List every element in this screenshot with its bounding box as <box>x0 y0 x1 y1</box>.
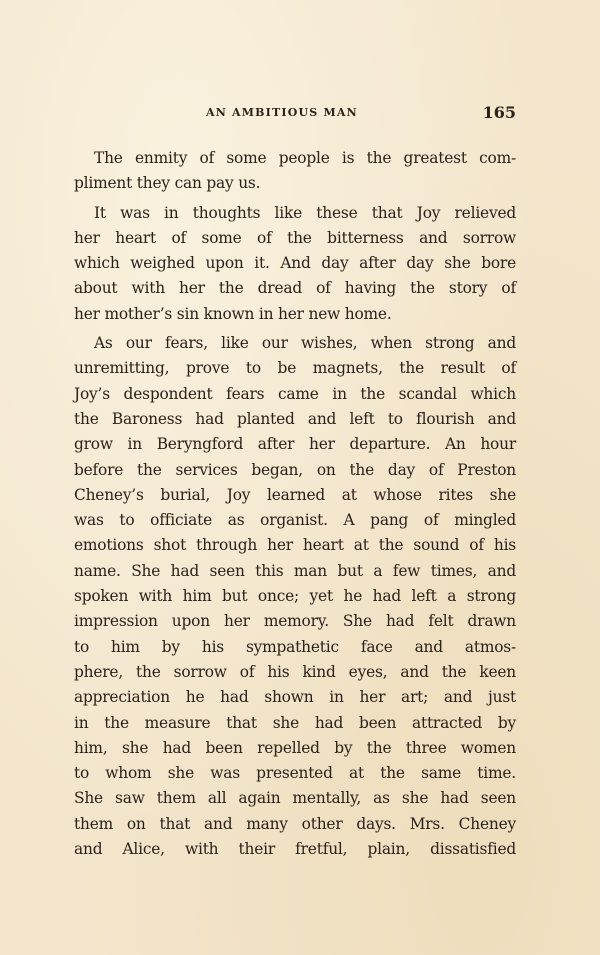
paragraph: It was in thoughts like these that Joy r… <box>74 201 516 327</box>
text-line: Joy’s despondent fears came in the scand… <box>74 382 516 407</box>
text-line: which weighed upon it. And day after day… <box>74 251 516 276</box>
text-line: about with her the dread of having the s… <box>74 276 516 301</box>
book-page: AN AMBITIOUS MAN 165 The enmity of some … <box>0 0 600 955</box>
paragraph: The enmity of some people is the greates… <box>74 146 516 197</box>
text-line: in the measure that she had been attract… <box>74 711 516 736</box>
text-line: The enmity of some people is the greates… <box>74 146 516 171</box>
text-line: her heart of some of the bitterness and … <box>74 226 516 251</box>
text-line: She saw them all again mentally, as she … <box>74 786 516 811</box>
text-line: spoken with him but once; yet he had lef… <box>74 584 516 609</box>
text-line: the Baroness had planted and left to flo… <box>74 407 516 432</box>
text-line: It was in thoughts like these that Joy r… <box>74 201 516 226</box>
text-line: them on that and many other days. Mrs. C… <box>74 812 516 837</box>
running-title: AN AMBITIOUS MAN <box>206 106 358 119</box>
text-line: was to officiate as organist. A pang of … <box>74 508 516 533</box>
text-line: pliment they can pay us. <box>74 171 516 196</box>
page-number: 165 <box>483 103 516 122</box>
text-line: him, she had been repelled by the three … <box>74 736 516 761</box>
text-line: name. She had seen this man but a few ti… <box>74 559 516 584</box>
text-line: grow in Beryngford after her departure. … <box>74 432 516 457</box>
text-line: to whom she was presented at the same ti… <box>74 761 516 786</box>
text-line: impression upon her memory. She had felt… <box>74 609 516 634</box>
text-line: her mother’s sin known in her new home. <box>74 302 516 327</box>
paragraph: As our fears, like our wishes, when stro… <box>74 331 516 862</box>
running-head: AN AMBITIOUS MAN 165 <box>74 103 516 123</box>
text-line: appreciation he had shown in her art; an… <box>74 685 516 710</box>
text-line: phere, the sorrow of his kind eyes, and … <box>74 660 516 685</box>
text-line: Cheney’s burial, Joy learned at whose ri… <box>74 483 516 508</box>
text-line: emotions shot through her heart at the s… <box>74 533 516 558</box>
text-line: and Alice, with their fretful, plain, di… <box>74 837 516 862</box>
text-line: before the services began, on the day of… <box>74 458 516 483</box>
text-line: unremitting, prove to be magnets, the re… <box>74 356 516 381</box>
body-text: The enmity of some people is the greates… <box>74 146 516 862</box>
text-line: to him by his sympathetic face and atmos… <box>74 635 516 660</box>
text-line: As our fears, like our wishes, when stro… <box>74 331 516 356</box>
